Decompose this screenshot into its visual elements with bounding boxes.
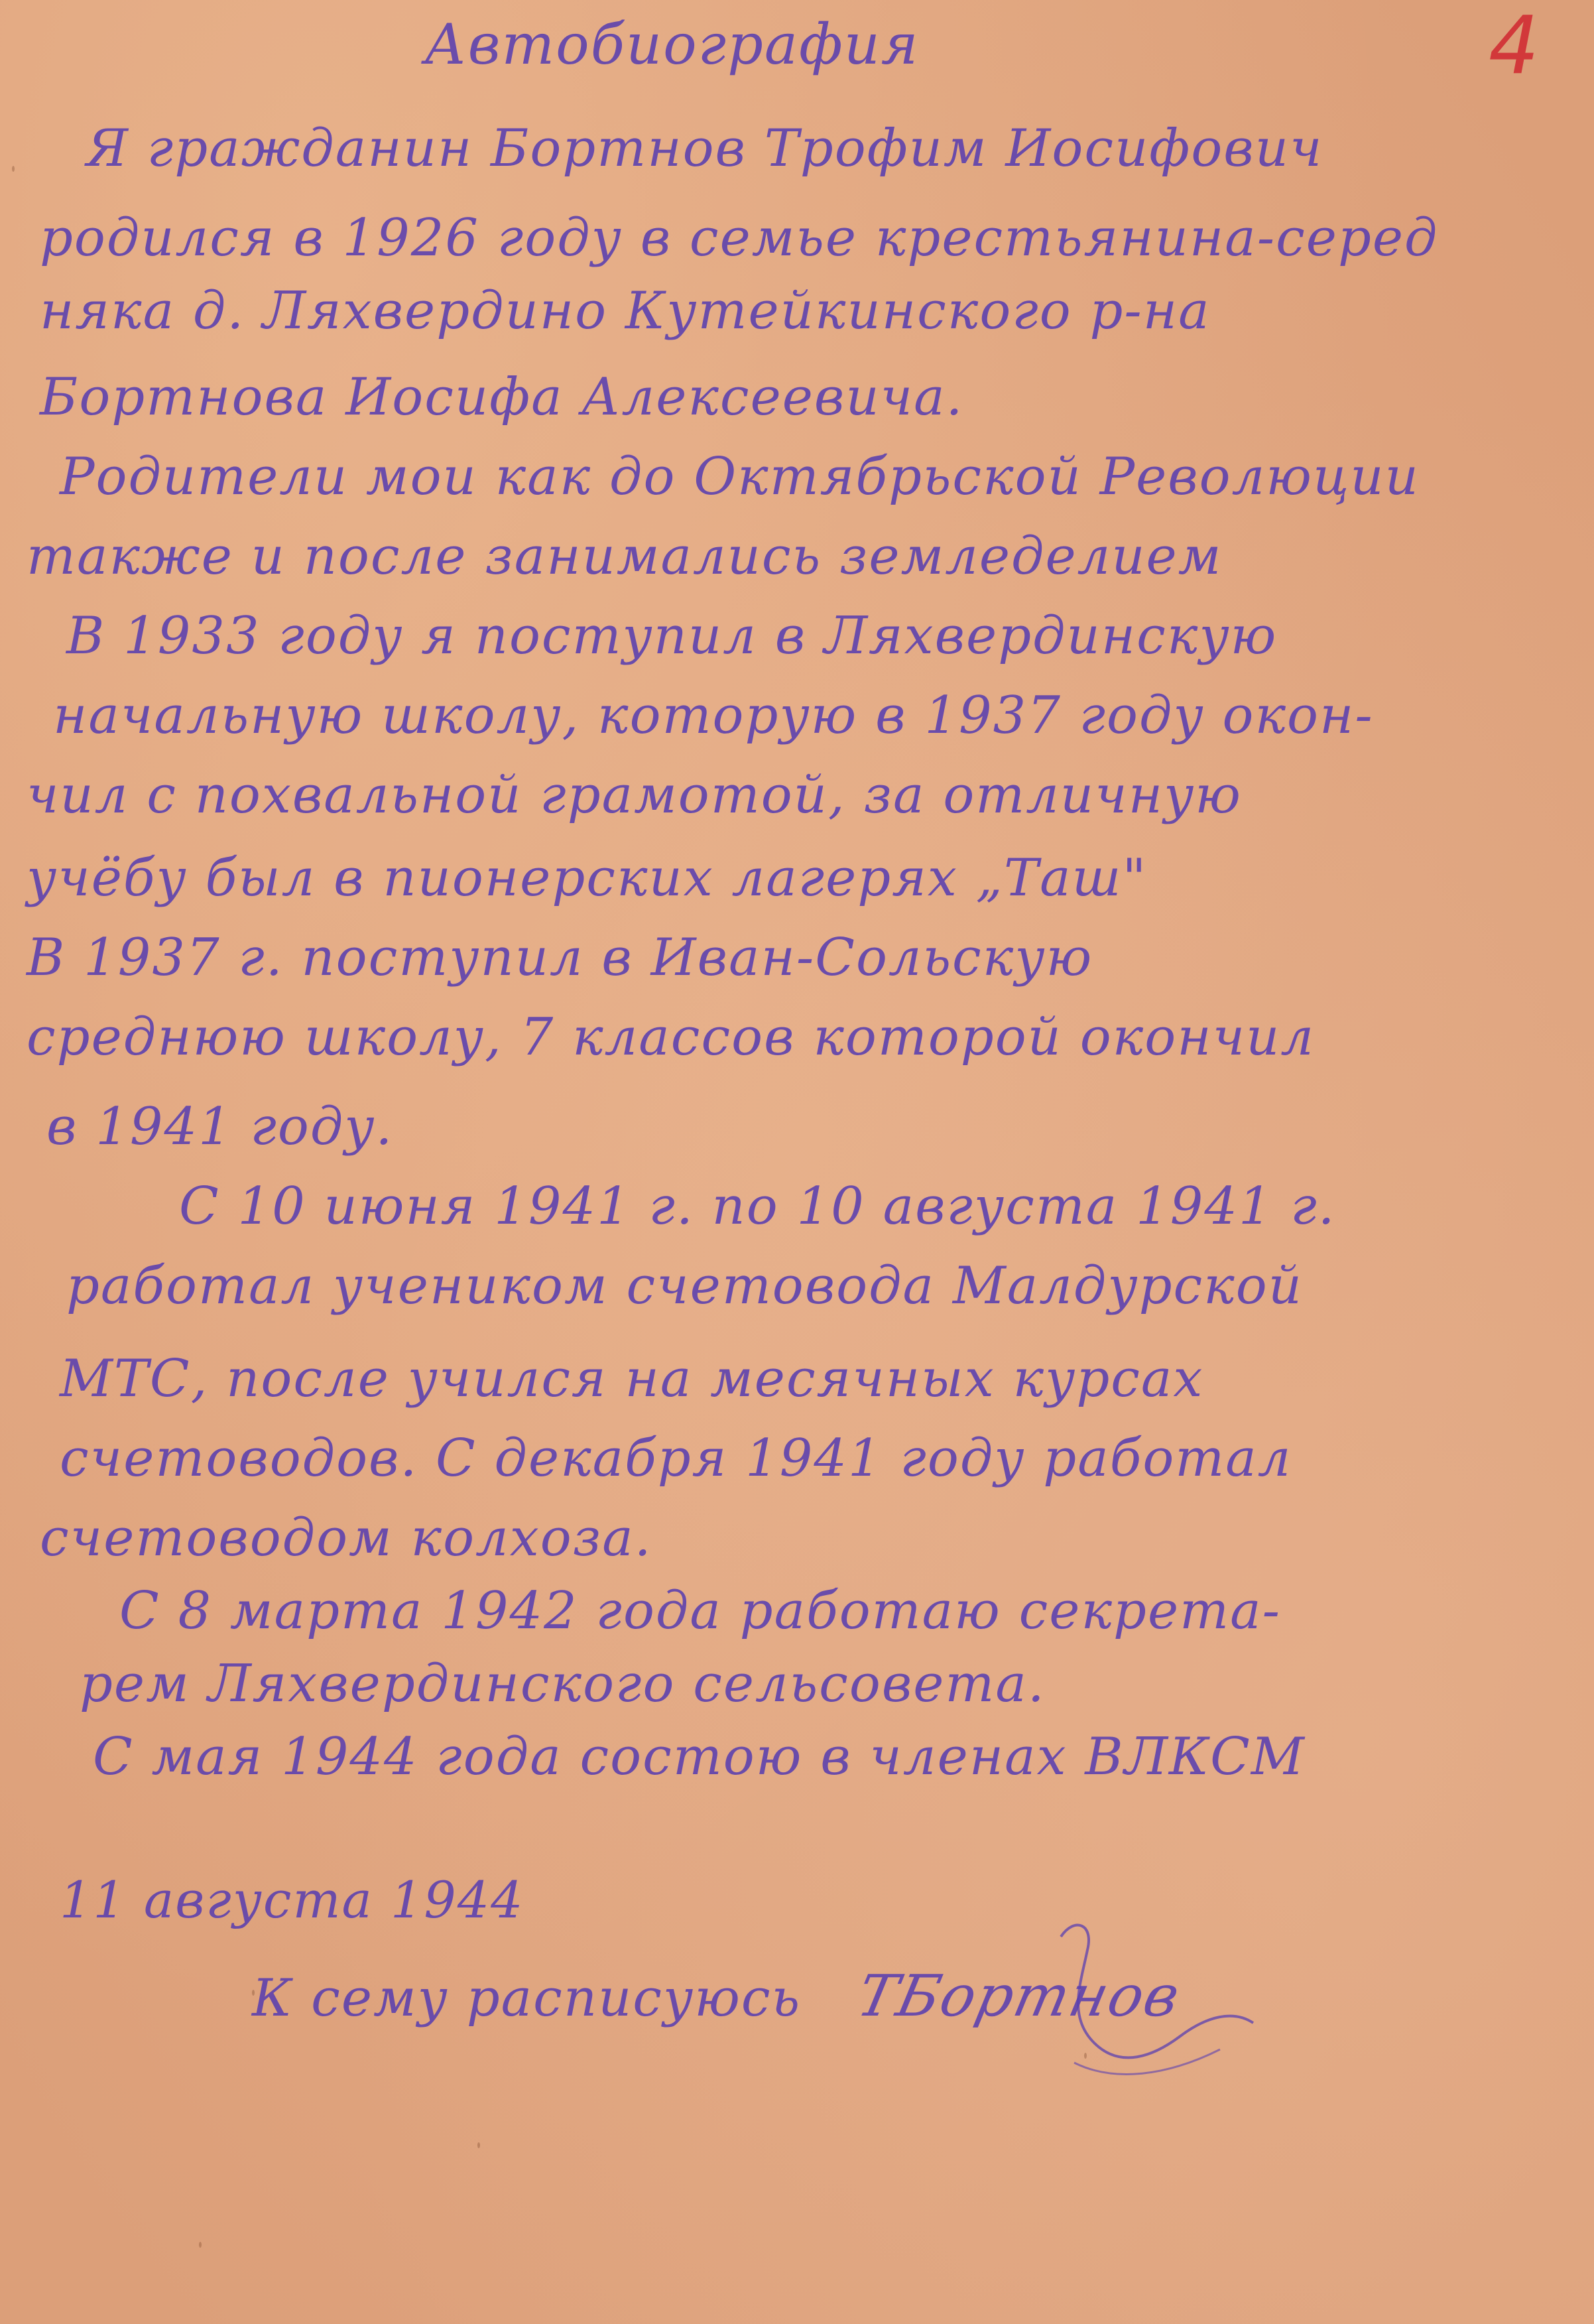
- page-number: 4: [1489, 0, 1539, 92]
- text-line: начальную школу, которую в 1937 году око…: [53, 690, 1374, 742]
- text-line: счетоводов. С декабря 1941 году работал: [60, 1433, 1292, 1484]
- text-line: в 1941 году.: [46, 1101, 393, 1153]
- text-line: С мая 1944 года состою в членах ВЛКСМ: [93, 1731, 1306, 1783]
- closing-text: К сему расписуюсь: [252, 1969, 801, 2028]
- document-date: 11 августа 1944: [60, 1870, 524, 1929]
- text-line: рем Ляхвердинского сельсовета.: [80, 1658, 1046, 1710]
- text-line: В 1933 году я поступил в Ляхвердинскую: [66, 610, 1277, 662]
- paper-speck: [12, 166, 15, 172]
- text-line: счетоводом колхоза.: [40, 1512, 652, 1564]
- text-line: среднюю школу, 7 классов которой окончил: [27, 1011, 1315, 1063]
- text-line: родился в 1926 году в семье крестьянина-…: [40, 212, 1438, 264]
- text-line: С 10 июня 1941 г. по 10 августа 1941 г.: [179, 1181, 1336, 1232]
- text-line: работал учеником счетовода Малдурской: [66, 1260, 1303, 1312]
- text-line: С 8 марта 1942 года работаю секрета-: [119, 1585, 1281, 1637]
- text-line: МТС, после учился на месячных курсах: [60, 1353, 1203, 1405]
- signature-flourish-icon: [1034, 1910, 1313, 2109]
- text-line: В 1937 г. поступил в Иван-Сольскую: [27, 932, 1093, 984]
- text-line: учёбу был в пионерских лагерях „Таш": [27, 852, 1147, 904]
- text-line: Родители мои как до Октябрьской Революци…: [60, 451, 1420, 503]
- paper-speck: [477, 2142, 480, 2148]
- paper-speck: [199, 2242, 202, 2248]
- text-line: также и после занимались земледелием: [27, 531, 1222, 582]
- text-line: Бортнова Иосифа Алексеевича.: [40, 371, 963, 423]
- text-line: Я гражданин Бортнов Трофим Иосифович: [86, 123, 1323, 174]
- document-title: Автобиография: [424, 12, 919, 77]
- text-line: чил с похвальной грамотой, за отличную: [27, 769, 1242, 821]
- text-line: няка д. Ляхвердино Кутейкинского р-на: [40, 285, 1211, 337]
